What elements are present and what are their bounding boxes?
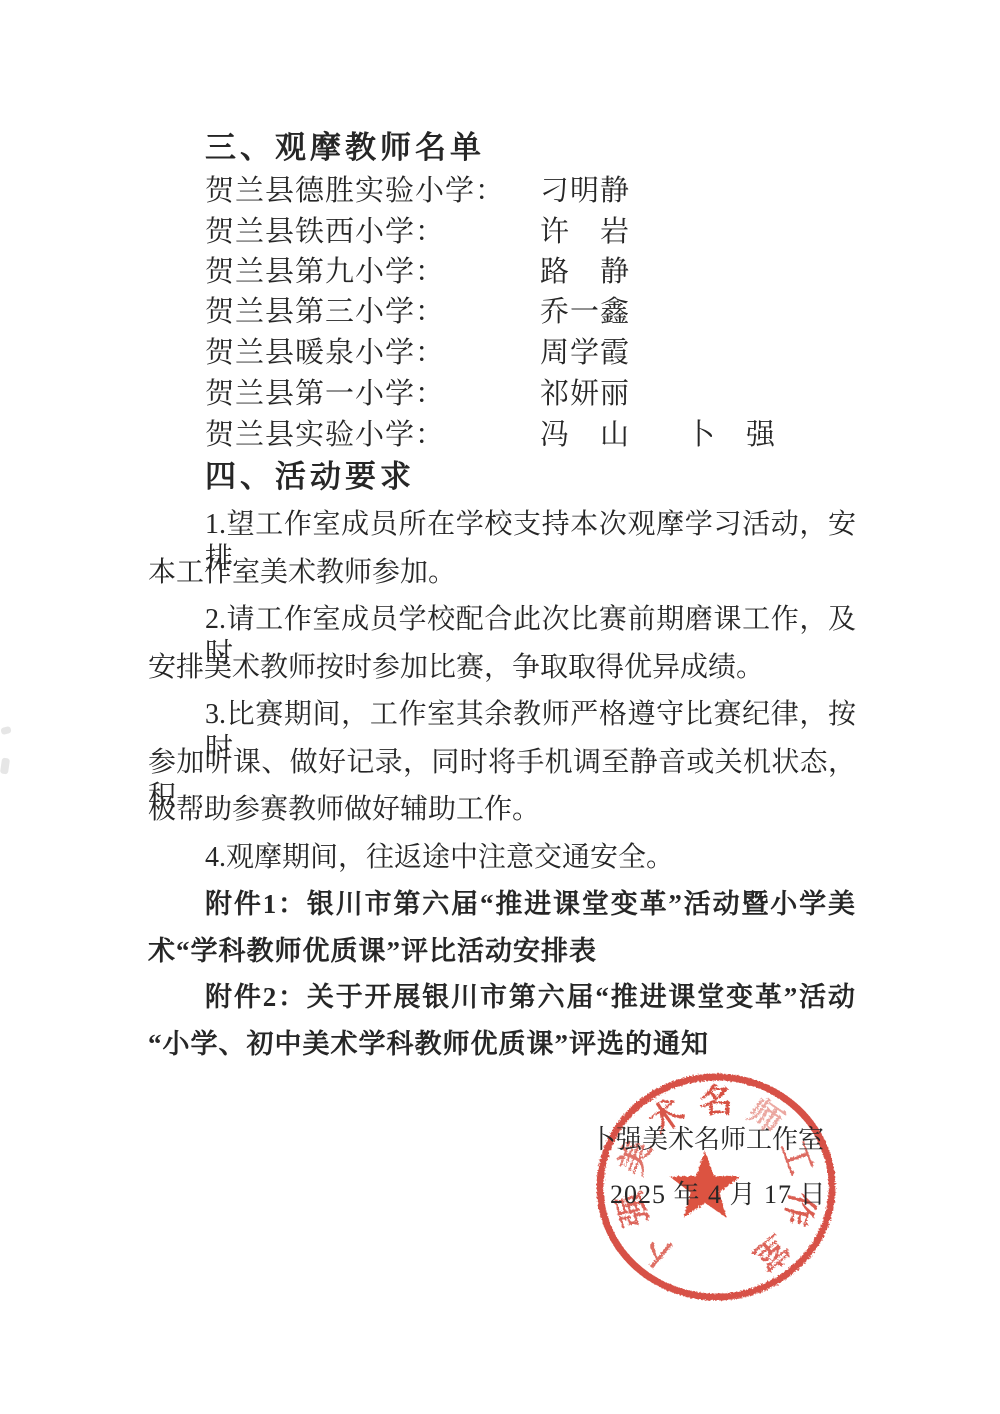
scan-artifact <box>0 726 11 735</box>
signature-date: 2025 年 4 月 17 日 <box>610 1179 827 1210</box>
school-name: 贺兰县第一小学： <box>205 378 445 411</box>
attachment-line: 附件1：银川市第六届“推进课堂变革”活动暨小学美 <box>205 888 856 920</box>
stamp-arc-char: 名 <box>700 1083 733 1120</box>
teacher-name: 乔一鑫 <box>540 296 630 329</box>
teacher-name: 周学霞 <box>540 337 630 370</box>
body-line: 4.观摩期间，往返途中注意交通安全。 <box>205 841 674 875</box>
school-name: 贺兰县德胜实验小学： <box>205 175 505 208</box>
teacher-name: 许 岩 <box>540 216 630 249</box>
attachment-line: 术“学科教师优质课”评比活动安排表 <box>148 935 597 967</box>
school-name: 贺兰县实验小学： <box>205 419 445 452</box>
attachment-line: 附件2：关于开展银川市第六届“推进课堂变革”活动 <box>205 981 856 1013</box>
school-name: 贺兰县铁西小学： <box>205 216 445 249</box>
signature-name: 卜强美术名师工作室 <box>590 1124 824 1155</box>
teacher-name: 卜 强 <box>686 419 776 452</box>
teacher-name: 刁明静 <box>540 175 630 208</box>
teacher-name: 祁妍丽 <box>540 378 630 411</box>
school-name: 贺兰县第三小学： <box>205 296 445 329</box>
teacher-name: 冯 山 <box>540 419 630 452</box>
section4-heading: 四、活动要求 <box>205 460 415 496</box>
scan-artifact <box>0 758 10 775</box>
section3-heading: 三、观摩教师名单 <box>205 131 485 167</box>
document-page: 三、观摩教师名单 贺兰县德胜实验小学： 刁明静 贺兰县铁西小学： 许 岩 贺兰县… <box>0 0 1000 1414</box>
body-line: 极帮助参赛教师做好辅助工作。 <box>148 793 540 827</box>
school-name: 贺兰县第九小学： <box>205 256 445 289</box>
school-name: 贺兰县暖泉小学： <box>205 337 445 370</box>
body-line: 安排美术教师按时参加比赛，争取取得优异成绩。 <box>148 651 764 685</box>
body-line: 本工作室美术教师参加。 <box>148 556 456 590</box>
teacher-name: 路 静 <box>540 256 630 289</box>
